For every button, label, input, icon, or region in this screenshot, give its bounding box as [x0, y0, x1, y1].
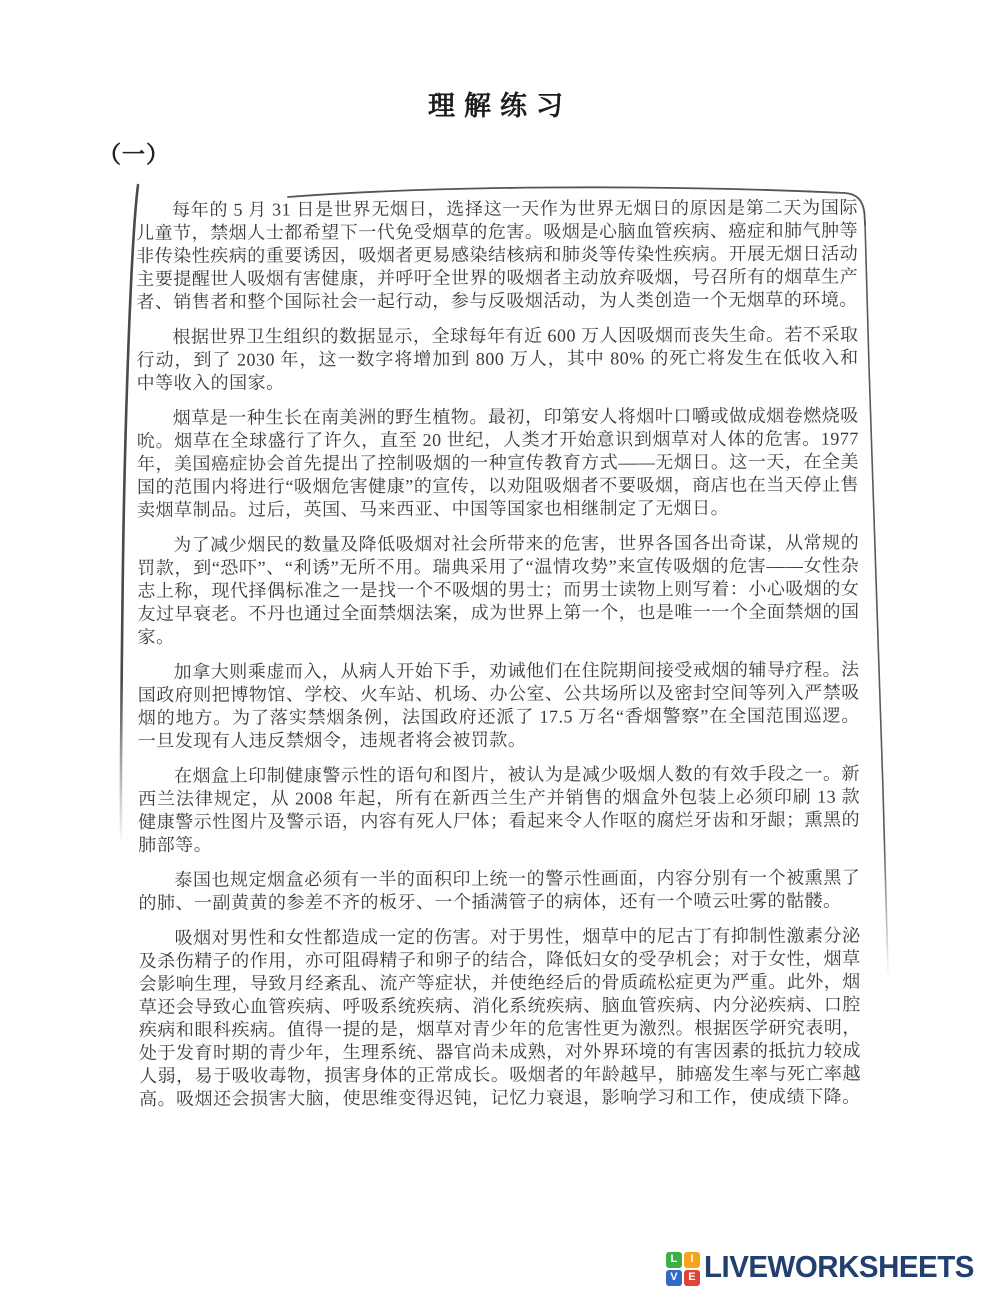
logo-tile-v: V — [666, 1270, 682, 1286]
paragraph: 泰国也规定烟盒必须有一半的面积印上统一的警示性画面，内容分别有一个被熏黑了的肺、… — [138, 866, 860, 915]
worksheet-page: 理解练习 （一） 每年的 5 月 31 日是世界无烟日，选择这一天作为世界无烟日… — [0, 0, 1000, 1291]
liveworksheets-logo[interactable]: LIVE LIVEWORKSHEETS — [666, 1244, 988, 1288]
logo-tile-l: L — [666, 1252, 682, 1268]
paragraph: 吸烟对男性和女性都造成一定的伤害。对于男性，烟草中的尼古丁有抑制性激素分泌及杀伤… — [139, 924, 862, 1111]
paragraph: 烟草是一种生长在南美洲的野生植物。最初，印第安人将烟叶口嚼或做成烟卷燃烧吸吮。烟… — [137, 404, 859, 522]
brand-name: LIVEWORKSHEETS — [704, 1249, 974, 1285]
paragraph: 在烟盒上印制健康警示性的语句和图片，被认为是减少吸烟人数的有效手段之一。新西兰法… — [138, 762, 860, 857]
paragraph: 每年的 5 月 31 日是世界无烟日，选择这一天作为世界无烟日的原因是第二天为国… — [136, 196, 858, 314]
paragraph: 根据世界卫生组织的数据显示，全球每年有近 600 万人因吸烟而丧失生命。若不采取… — [136, 323, 858, 395]
paragraph: 为了减少烟民的数量及降低吸烟对社会所带来的危害，世界各国各出奇谋，从常规的罚款，… — [137, 531, 859, 649]
page-title: 理解练习 — [0, 84, 1000, 123]
logo-tile-i: I — [684, 1252, 700, 1268]
section-label: （一） — [98, 136, 170, 169]
logo-tile-e: E — [684, 1270, 700, 1286]
liveworksheets-icon: LIVE — [666, 1252, 700, 1286]
paragraph: 加拿大则乘虚而入，从病人开始下手，劝诫他们在住院期间接受戒烟的辅导疗程。法国政府… — [138, 658, 860, 753]
passage: 每年的 5 月 31 日是世界无烟日，选择这一天作为世界无烟日的原因是第二天为国… — [136, 196, 861, 1123]
